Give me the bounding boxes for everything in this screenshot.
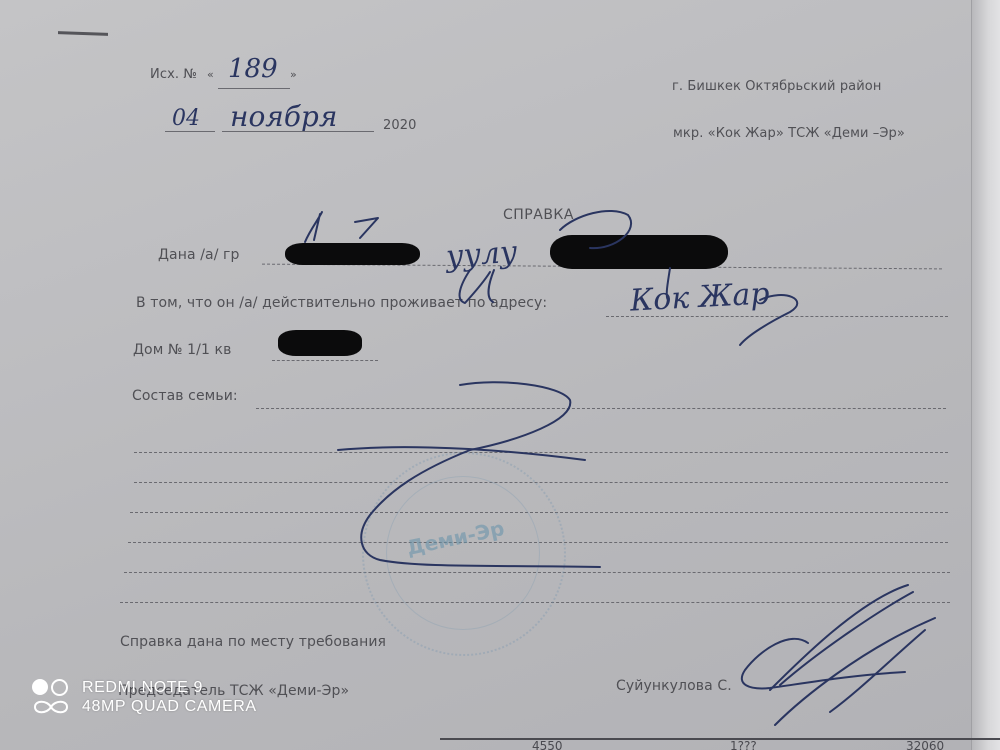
address-line-2: мкр. «Кок Жар» ТСЖ «Деми –Эр» bbox=[673, 126, 905, 141]
redacted-surname bbox=[550, 235, 728, 269]
residence-label: В том, что он /а/ действительно проживае… bbox=[136, 295, 547, 311]
residence-handwritten: Кок Жар bbox=[629, 276, 770, 318]
address-line-1: г. Бишкек Октябрьский район bbox=[672, 79, 881, 94]
logo-infinity-icon bbox=[32, 698, 70, 716]
logo-ring-dot-icon bbox=[51, 679, 68, 696]
outgoing-label: Исх. № bbox=[150, 67, 197, 82]
camera-spec: 48MP QUAD CAMERA bbox=[82, 697, 257, 716]
given-to-label: Дана /а/ гр bbox=[158, 247, 240, 263]
date-year: 2020 bbox=[383, 118, 416, 133]
camera-brand-logo-icon bbox=[32, 678, 72, 716]
organization-stamp: Деми-Эр bbox=[362, 452, 566, 656]
camera-watermark-text: REDMI NOTE 9 48MP QUAD CAMERA bbox=[82, 678, 257, 716]
signatory-name: Суйункулова С. bbox=[616, 678, 732, 694]
date-month: ноября bbox=[230, 100, 337, 133]
logo-filled-dot-icon bbox=[32, 679, 48, 695]
family-label: Состав семьи: bbox=[132, 388, 238, 404]
corner-mark bbox=[58, 31, 108, 36]
table-cell-2: 32060 bbox=[906, 739, 944, 750]
number-underline bbox=[218, 88, 290, 89]
table-cell-0: 4550 bbox=[532, 739, 563, 750]
bottom-table-fragment: 4550 1??? 32060 bbox=[440, 738, 1000, 750]
quote-close: » bbox=[290, 68, 297, 81]
day-underline bbox=[165, 131, 215, 132]
family-line-0 bbox=[256, 408, 946, 409]
redacted-apartment bbox=[278, 330, 362, 356]
camera-model: REDMI NOTE 9 bbox=[82, 678, 257, 697]
family-line-1 bbox=[134, 452, 948, 453]
camera-watermark: REDMI NOTE 9 48MP QUAD CAMERA bbox=[32, 678, 257, 716]
outgoing-number: 189 bbox=[228, 54, 278, 84]
given-to-handwritten: уулу bbox=[445, 235, 519, 275]
apartment-line bbox=[272, 360, 378, 361]
paper-edge bbox=[971, 0, 1000, 750]
quote-open: « bbox=[207, 68, 214, 81]
document-title: СПРАВКА bbox=[503, 207, 574, 223]
family-line-2 bbox=[134, 482, 948, 483]
month-underline bbox=[222, 131, 374, 132]
house-label: Дом № 1/1 кв bbox=[133, 342, 231, 358]
date-day: 04 bbox=[172, 106, 200, 131]
purpose-text: Справка дана по месту требования bbox=[120, 634, 386, 650]
table-cell-1: 1??? bbox=[730, 739, 757, 750]
redacted-name bbox=[285, 243, 420, 265]
